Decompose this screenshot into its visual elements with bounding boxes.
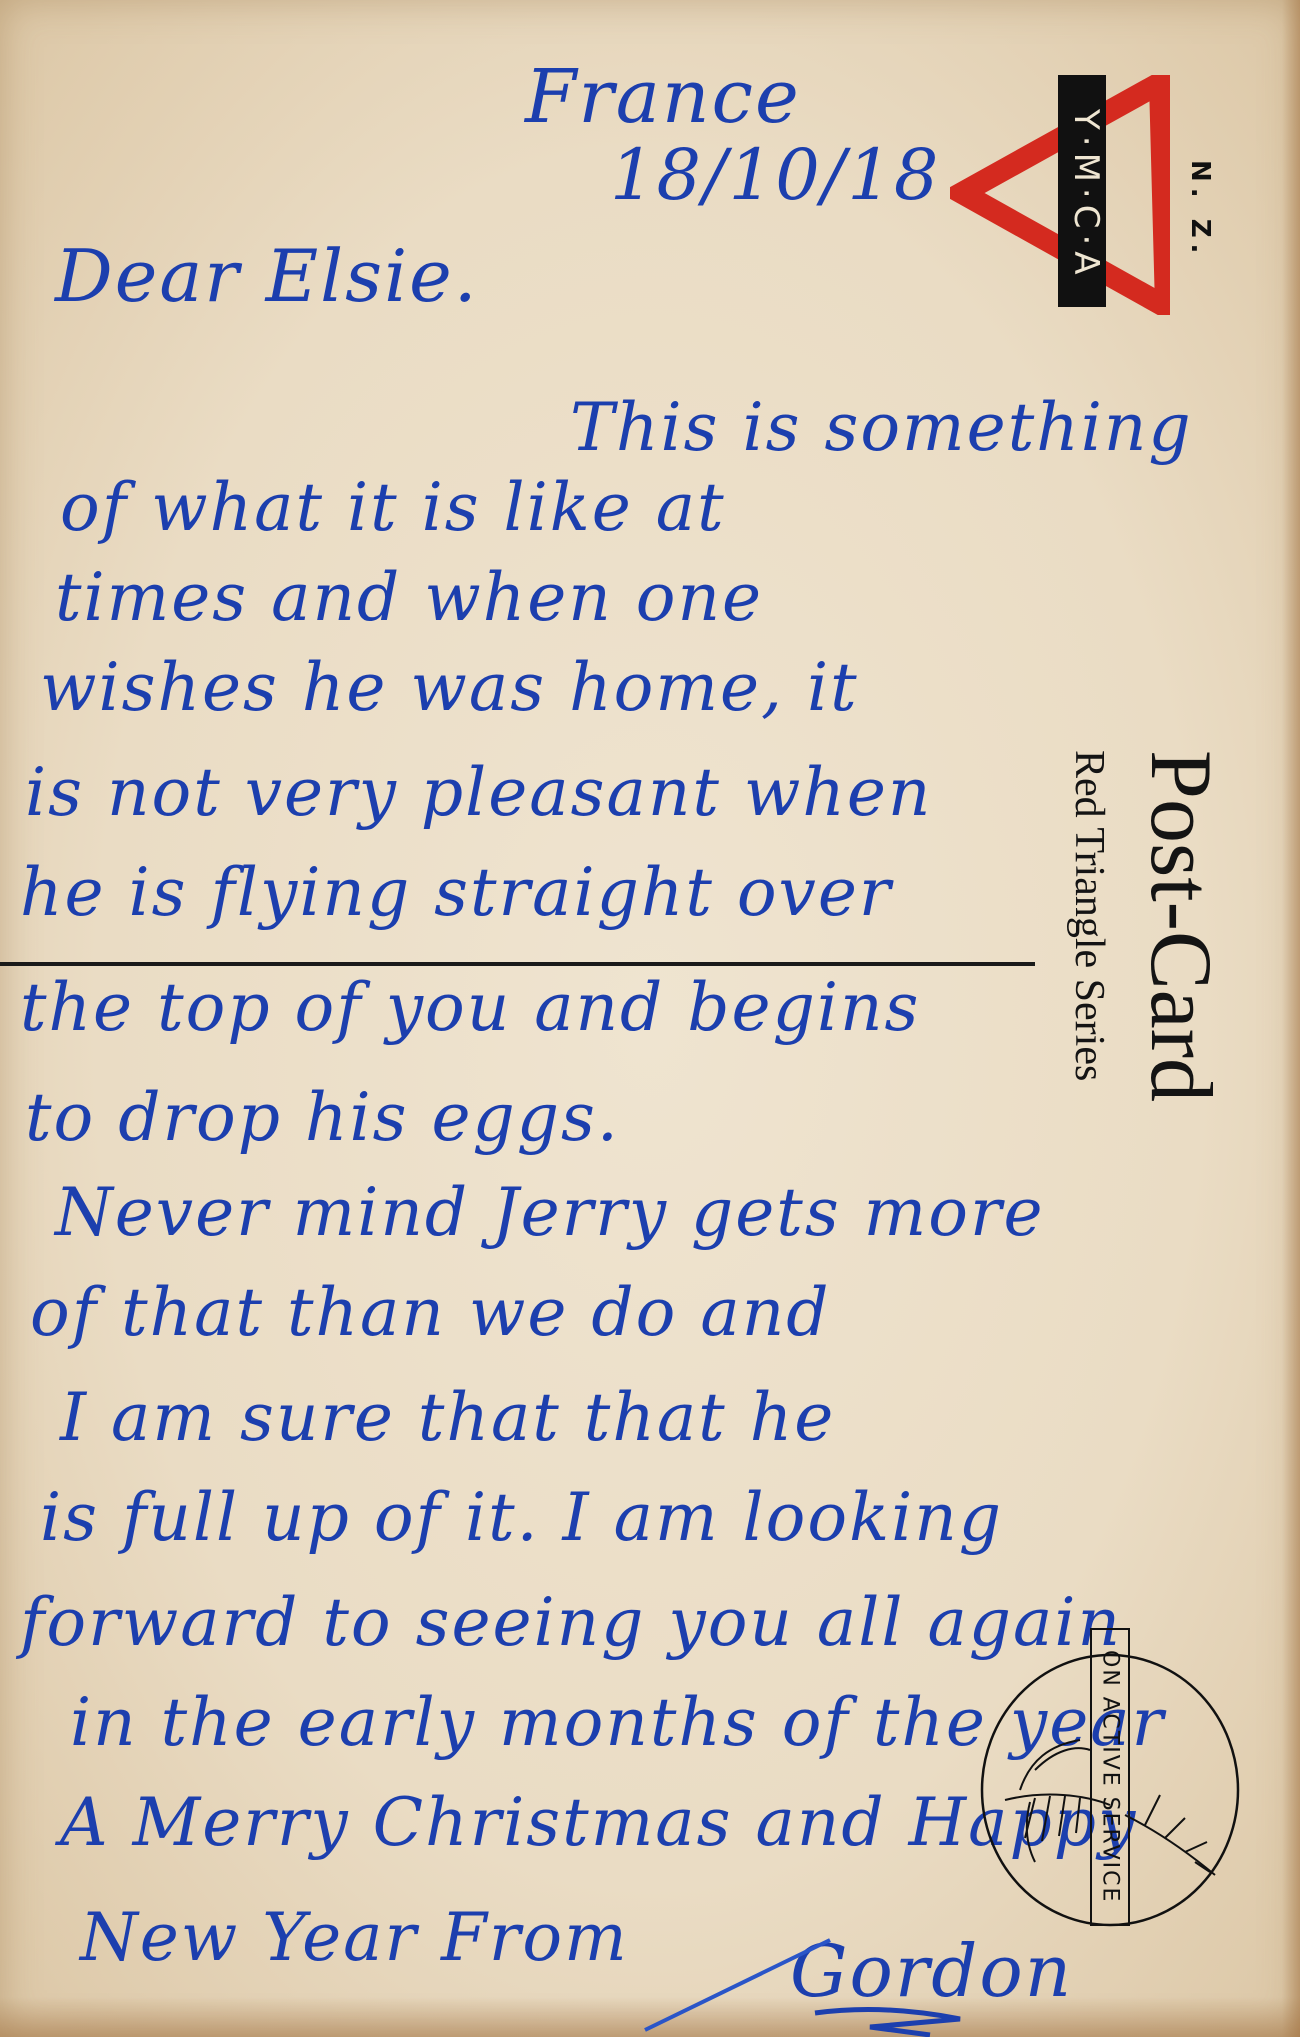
ymca-red-triangle-logo-icon	[950, 75, 1170, 315]
stamp-text: ON ACTIVE SERVICE	[1098, 1650, 1123, 1903]
ymca-logo-bar: Y·M·C·A	[1062, 85, 1110, 305]
handwritten-date: 18/10/18	[610, 140, 940, 210]
letter-line-2: of what it is like at	[60, 475, 726, 541]
letter-line-13: forward to seeing you all again	[20, 1590, 1122, 1656]
address-divider-line	[0, 962, 1035, 966]
on-active-service-label: ON ACTIVE SERVICE	[1090, 1628, 1130, 1926]
ymca-logo-text: Y·M·C·A	[1066, 109, 1106, 281]
series-label: Red Triangle Series	[1065, 750, 1113, 1081]
signature-underline-icon	[810, 2005, 970, 2037]
letter-line-7: the top of you and begins	[20, 975, 920, 1041]
logo-region-label: N. Z.	[1185, 160, 1215, 259]
letter-line-12: is full up of it. I am looking	[40, 1485, 1003, 1551]
letter-line-10: of that than we do and	[30, 1280, 831, 1346]
letter-line-4: wishes he was home, it	[40, 655, 859, 721]
letter-line-5: is not very pleasant when	[25, 760, 932, 826]
letter-line-16: New Year From	[80, 1905, 629, 1971]
postcard-back: France 18/10/18 Y·M·C·A N. Z. Dear Elsie…	[0, 0, 1300, 2037]
letter-line-6: he is flying straight over	[20, 860, 892, 926]
letter-line-8: to drop his eggs.	[25, 1085, 620, 1151]
handwritten-place: France	[525, 60, 801, 134]
letter-line-1: This is something	[570, 395, 1193, 461]
letter-line-9: Never mind Jerry gets more	[55, 1180, 1045, 1246]
postcard-title: Post-Card	[1130, 750, 1231, 1102]
letter-line-3: times and when one	[55, 565, 763, 631]
paper-stain-right	[1282, 0, 1300, 2037]
letter-line-11: I am sure that that he	[60, 1385, 835, 1451]
salutation: Dear Elsie.	[55, 240, 479, 312]
